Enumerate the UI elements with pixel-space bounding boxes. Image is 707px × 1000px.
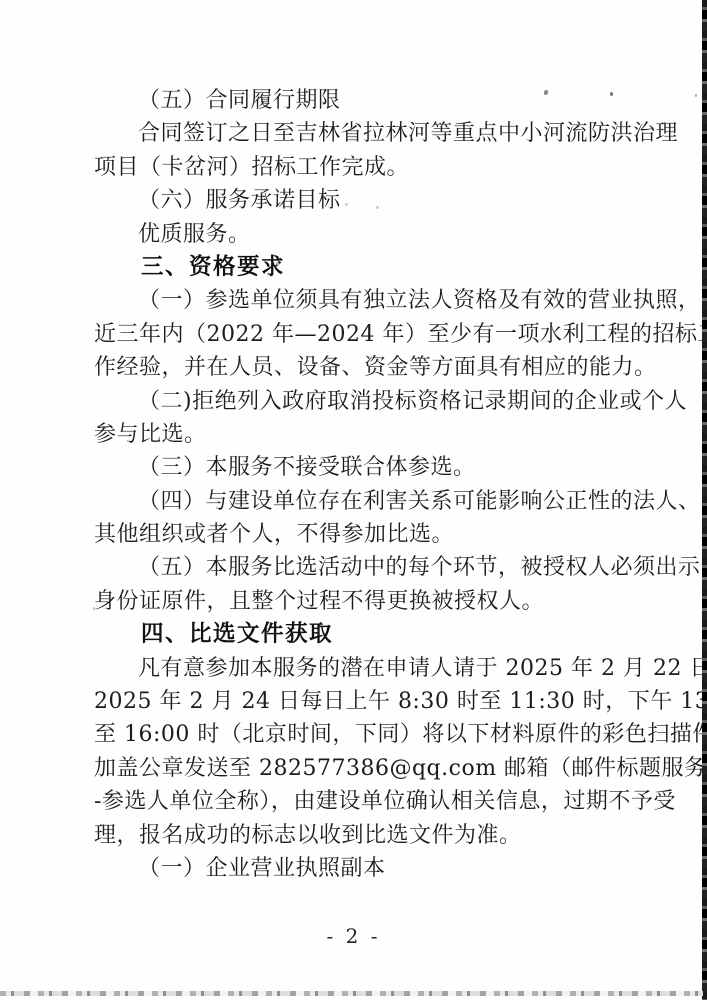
- text-line: （一）参选单位须具有独立法人资格及有效的营业执照，: [94, 284, 639, 317]
- page-number: - 2 -: [0, 924, 707, 948]
- text-line: 2025 年 2 月 24 日每日上午 8:30 时至 11:30 时，下午 1…: [94, 685, 639, 718]
- text-line: （一）企业营业执照副本: [94, 852, 639, 885]
- text-line: （五）本服务比选活动中的每个环节，被授权人必须出示: [94, 551, 639, 584]
- text-line: 优质服务。: [94, 218, 639, 251]
- text-line: 至 16:00 时（北京时间，下同）将以下材料原件的彩色扫描件: [94, 718, 639, 751]
- text-line: 作经验，并在人员、设备、资金等方面具有相应的能力。: [94, 351, 639, 384]
- text-line: 身份证原件，且整个过程不得更换被授权人。: [94, 585, 639, 618]
- scan-speck: [93, 607, 95, 610]
- text-line: （三）本服务不接受联合体参选。: [94, 451, 639, 484]
- document-body: （五）合同履行期限合同签订之日至吉林省拉林河等重点中小河流防洪治理项目（卡岔河）…: [94, 84, 639, 885]
- scan-speck: [376, 206, 379, 209]
- text-line: 加盖公章发送至 282577386@qq.com 邮箱（邮件标题服务名称: [94, 752, 639, 785]
- scan-speck: [610, 92, 613, 96]
- document-page: （五）合同履行期限合同签订之日至吉林省拉林河等重点中小河流防洪治理项目（卡岔河）…: [0, 0, 707, 1000]
- text-line: （六）服务承诺目标: [94, 184, 639, 217]
- text-line: 理，报名成功的标志以收到比选文件为准。: [94, 819, 639, 852]
- text-line: （四）与建设单位存在利害关系可能影响公正性的法人、: [94, 485, 639, 518]
- scan-speck: [695, 94, 697, 97]
- scan-edge-bottom: [0, 991, 703, 996]
- scan-edge-right: [702, 0, 707, 1000]
- text-line: 近三年内（2022 年—2024 年）至少有一项水利工程的招标工: [94, 318, 639, 351]
- text-line: -参选人单位全称），由建设单位确认相关信息，过期不予受: [94, 785, 639, 818]
- scan-speck: [345, 203, 348, 206]
- text-line: （二)拒绝列入政府取消投标资格记录期间的企业或个人: [94, 385, 639, 418]
- text-line: 三、资格要求: [94, 251, 639, 284]
- text-line: （五）合同履行期限: [94, 84, 639, 117]
- text-line: 参与比选。: [94, 418, 639, 451]
- text-line: 四、比选文件获取: [94, 618, 639, 651]
- text-line: 凡有意参加本服务的潜在申请人请于 2025 年 2 月 22 日至: [94, 652, 639, 685]
- text-line: 项目（卡岔河）招标工作完成。: [94, 151, 639, 184]
- text-line: 合同签订之日至吉林省拉林河等重点中小河流防洪治理: [94, 117, 639, 150]
- scan-speck: [276, 262, 279, 265]
- text-line: 其他组织或者个人，不得参加比选。: [94, 518, 639, 551]
